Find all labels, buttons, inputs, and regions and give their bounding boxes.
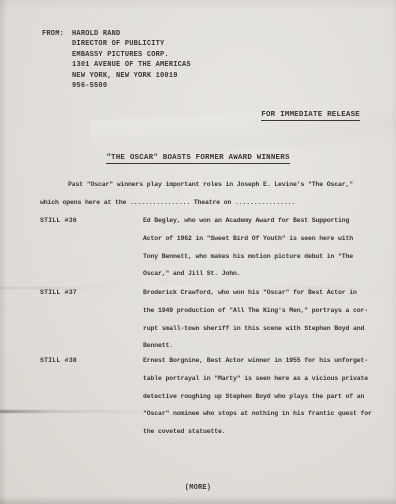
still-entry-36: STILL #36 Ed Begley, who won an Academy … (40, 212, 376, 283)
headline-text: "THE OSCAR" BOASTS FORMER AWARD WINNERS (106, 154, 289, 164)
still-label-36: STILL #36 (40, 212, 143, 230)
from-block: FROM: HAROLD RAND DIRECTOR OF PUBLICITY … (42, 29, 191, 91)
still-caption-38: Ernest Borgnine, Best Actor winner in 19… (143, 352, 376, 441)
release-notice: FOR IMMEDIATE RELEASE (261, 111, 360, 121)
headline: "THE OSCAR" BOASTS FORMER AWARD WINNERS (0, 146, 396, 162)
more-indicator: (MORE) (0, 484, 396, 492)
still-entry-37: STILL #37 Broderick Crawford, who won hi… (40, 284, 376, 355)
sender-address: HAROLD RAND DIRECTOR OF PUBLICITY EMBASS… (72, 29, 191, 91)
still-label-37: STILL #37 (40, 284, 143, 302)
still-caption-36: Ed Begley, who won an Academy Award for … (143, 212, 376, 283)
still-label-38: STILL #38 (40, 352, 143, 370)
still-entry-38: STILL #38 Ernest Borgnine, Best Actor wi… (40, 352, 376, 441)
from-label: FROM: (42, 29, 64, 91)
intro-paragraph: Past "Oscar" winners play important role… (40, 176, 374, 212)
press-release-page: FROM: HAROLD RAND DIRECTOR OF PUBLICITY … (0, 0, 396, 504)
still-caption-37: Broderick Crawford, who won his "Oscar" … (143, 284, 376, 355)
paper-bottom-shadow (0, 496, 396, 504)
